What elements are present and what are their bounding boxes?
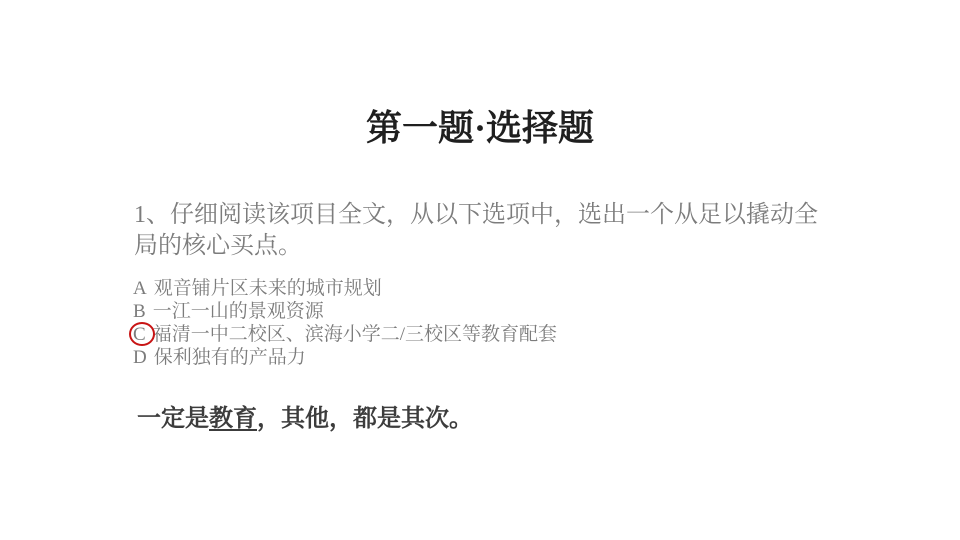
question-line-2: 局的核心买点。	[134, 231, 844, 262]
option-row-a: A观音铺片区未来的城市规划	[133, 277, 557, 300]
slide-title: 第一题·选择题	[0, 106, 960, 150]
option-row-c: C福清一中二校区、滨海小学二/三校区等教育配套	[133, 323, 557, 346]
presentation-slide: 第一题·选择题 1、仔细阅读该项目全文，从以下选项中，选出一个从足以撬动全 局的…	[0, 0, 960, 540]
options-list: A观音铺片区未来的城市规划 B一江一山的景观资源 C福清一中二校区、滨海小学二/…	[133, 277, 557, 369]
answer-suffix: ，其他，都是其次。	[257, 406, 473, 432]
option-letter-a: A	[133, 277, 147, 300]
option-text-a: 观音铺片区未来的城市规划	[154, 278, 382, 299]
option-text-c: 福清一中二校区、滨海小学二/三校区等教育配套	[153, 324, 557, 345]
answer-statement: 一定是教育，其他，都是其次。	[137, 398, 473, 433]
question-text: 1、仔细阅读该项目全文，从以下选项中，选出一个从足以撬动全 局的核心买点。	[134, 200, 844, 262]
option-row-d: D保利独有的产品力	[133, 346, 557, 369]
answer-emphasized-word: 教育	[209, 406, 257, 432]
option-letter-c: C	[133, 323, 146, 346]
answer-prefix: 一定是	[137, 406, 209, 432]
option-text-b: 一江一山的景观资源	[153, 301, 324, 322]
option-text-d: 保利独有的产品力	[154, 347, 306, 368]
option-letter-d: D	[133, 346, 147, 369]
question-line-1: 1、仔细阅读该项目全文，从以下选项中，选出一个从足以撬动全	[134, 200, 844, 231]
option-letter-b: B	[133, 300, 146, 323]
option-row-b: B一江一山的景观资源	[133, 300, 557, 323]
